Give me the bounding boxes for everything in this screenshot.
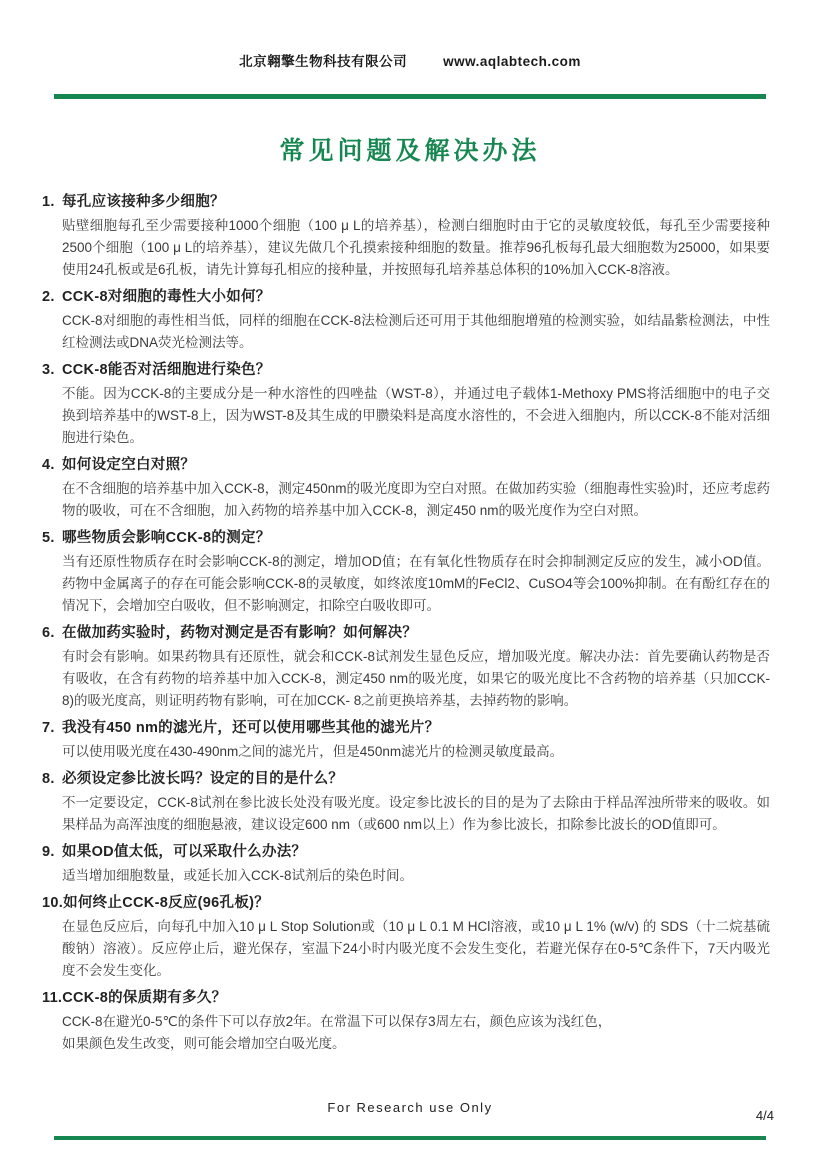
faq-question: 9. 如果OD值太低，可以采取什么办法？ xyxy=(42,843,770,862)
faq-number: 2. xyxy=(42,288,62,307)
faq-question-text: 必须设定参比波长吗？设定的目的是什么？ xyxy=(62,770,343,789)
faq-question-text: 我没有450 nm的滤光片，还可以使用哪些其他的滤光片？ xyxy=(62,719,439,738)
faq-item: 2. CCK-8对细胞的毒性大小如何？ CCK-8对细胞的毒性相当低，同样的细胞… xyxy=(42,288,770,354)
faq-question-text: 哪些物质会影响CCK-8的测定？ xyxy=(62,529,271,548)
faq-question: 1. 每孔应该接种多少细胞？ xyxy=(42,193,770,212)
faq-number: 4. xyxy=(42,456,62,475)
faq-question-text: 如何设定空白对照？ xyxy=(62,456,195,475)
faq-question: 3. CCK-8能否对活细胞进行染色？ xyxy=(42,361,770,380)
faq-question-text: CCK-8能否对活细胞进行染色？ xyxy=(62,361,271,380)
faq-answer: 贴壁细胞每孔至少需要接种1000个细胞（100 μ L的培养基），检测白细胞时由… xyxy=(62,215,770,281)
faq-answer: 在不含细胞的培养基中加入CCK-8，测定450nm的吸光度即为空白对照。在做加药… xyxy=(62,478,770,522)
faq-number: 7. xyxy=(42,719,62,738)
faq-item: 3. CCK-8能否对活细胞进行染色？ 不能。因为CCK-8的主要成分是一种水溶… xyxy=(42,361,770,449)
faq-answer: 不能。因为CCK-8的主要成分是一种水溶性的四唑盐（WST-8），并通过电子载体… xyxy=(62,383,770,449)
faq-item: 4. 如何设定空白对照？ 在不含细胞的培养基中加入CCK-8，测定450nm的吸… xyxy=(42,456,770,522)
faq-number: 1. xyxy=(42,193,62,212)
faq-answer: 在显色反应后，向每孔中加入10 μ L Stop Solution或（10 μ … xyxy=(62,916,770,982)
faq-question: 6. 在做加药实验时，药物对测定是否有影响？如何解决？ xyxy=(42,624,770,643)
page-number: 4/4 xyxy=(756,1108,774,1123)
faq-question-text: 在做加药实验时，药物对测定是否有影响？如何解决？ xyxy=(62,624,417,643)
faq-item: 8. 必须设定参比波长吗？设定的目的是什么？ 不一定要设定，CCK-8试剂在参比… xyxy=(42,770,770,836)
faq-item: 9. 如果OD值太低，可以采取什么办法？ 适当增加细胞数量，或延长加入CCK-8… xyxy=(42,843,770,887)
faq-number: 8. xyxy=(42,770,62,789)
faq-question-text: 如果OD值太低，可以采取什么办法？ xyxy=(62,843,306,862)
faq-question: 11. CCK-8的保质期有多久？ xyxy=(42,989,770,1008)
document-page: 北京翱擎生物科技有限公司 www.aqlabtech.com 常见问题及解决办法… xyxy=(0,0,820,1159)
faq-number: 6. xyxy=(42,624,62,643)
faq-question-text: CCK-8的保质期有多久？ xyxy=(62,989,226,1008)
faq-question: 4. 如何设定空白对照？ xyxy=(42,456,770,475)
faq-question: 8. 必须设定参比波长吗？设定的目的是什么？ xyxy=(42,770,770,789)
faq-item: 10. 如何终止CCK-8反应(96孔板)？ 在显色反应后，向每孔中加入10 μ… xyxy=(42,894,770,982)
page-header: 北京翱擎生物科技有限公司 www.aqlabtech.com xyxy=(0,0,820,99)
faq-number: 9. xyxy=(42,843,62,862)
faq-answer: 可以使用吸光度在430-490nm之间的滤光片，但是450nm滤光片的检测灵敏度… xyxy=(62,741,770,763)
faq-question: 7. 我没有450 nm的滤光片，还可以使用哪些其他的滤光片？ xyxy=(42,719,770,738)
faq-item: 1. 每孔应该接种多少细胞？ 贴壁细胞每孔至少需要接种1000个细胞（100 μ… xyxy=(42,193,770,281)
faq-item: 6. 在做加药实验时，药物对测定是否有影响？如何解决？ 有时会有影响。如果药物具… xyxy=(42,624,770,712)
page-title: 常见问题及解决办法 xyxy=(0,131,820,167)
faq-question-text: 如何终止CCK-8反应(96孔板)？ xyxy=(63,894,269,913)
faq-answer: CCK-8对细胞的毒性相当低，同样的细胞在CCK-8法检测后还可用于其他细胞增殖… xyxy=(62,310,770,354)
footer-note: For Research use Only xyxy=(0,1100,820,1115)
header-row: 北京翱擎生物科技有限公司 www.aqlabtech.com xyxy=(0,50,820,70)
faq-answer: 当有还原性物质存在时会影响CCK-8的测定，增加OD值；在有氧化性物质存在时会抑… xyxy=(62,551,770,617)
faq-number: 3. xyxy=(42,361,62,380)
faq-answer: 不一定要设定，CCK-8试剂在参比波长处没有吸光度。设定参比波长的目的是为了去除… xyxy=(62,792,770,836)
faq-answer: 有时会有影响。如果药物具有还原性，就会和CCK-8试剂发生显色反应，增加吸光度。… xyxy=(62,646,770,712)
faq-number: 10. xyxy=(42,894,63,913)
faq-list: 1. 每孔应该接种多少细胞？ 贴壁细胞每孔至少需要接种1000个细胞（100 μ… xyxy=(42,193,770,1055)
faq-question: 5. 哪些物质会影响CCK-8的测定？ xyxy=(42,529,770,548)
faq-item: 5. 哪些物质会影响CCK-8的测定？ 当有还原性物质存在时会影响CCK-8的测… xyxy=(42,529,770,617)
faq-question: 10. 如何终止CCK-8反应(96孔板)？ xyxy=(42,894,770,913)
header-divider xyxy=(54,94,766,99)
faq-question-text: 每孔应该接种多少细胞？ xyxy=(62,193,225,212)
faq-number: 11. xyxy=(42,989,62,1008)
faq-question: 2. CCK-8对细胞的毒性大小如何？ xyxy=(42,288,770,307)
faq-question-text: CCK-8对细胞的毒性大小如何？ xyxy=(62,288,271,307)
faq-number: 5. xyxy=(42,529,62,548)
faq-item: 7. 我没有450 nm的滤光片，还可以使用哪些其他的滤光片？ 可以使用吸光度在… xyxy=(42,719,770,763)
website-url[interactable]: www.aqlabtech.com xyxy=(443,54,581,69)
faq-answer: CCK-8在避光0-5℃的条件下可以存放2年。在常温下可以保存3周左右，颜色应该… xyxy=(62,1011,770,1055)
faq-item: 11. CCK-8的保质期有多久？ CCK-8在避光0-5℃的条件下可以存放2年… xyxy=(42,989,770,1055)
faq-answer: 适当增加细胞数量，或延长加入CCK-8试剂后的染色时间。 xyxy=(62,865,770,887)
company-name: 北京翱擎生物科技有限公司 xyxy=(239,50,407,70)
footer-divider xyxy=(54,1136,766,1140)
